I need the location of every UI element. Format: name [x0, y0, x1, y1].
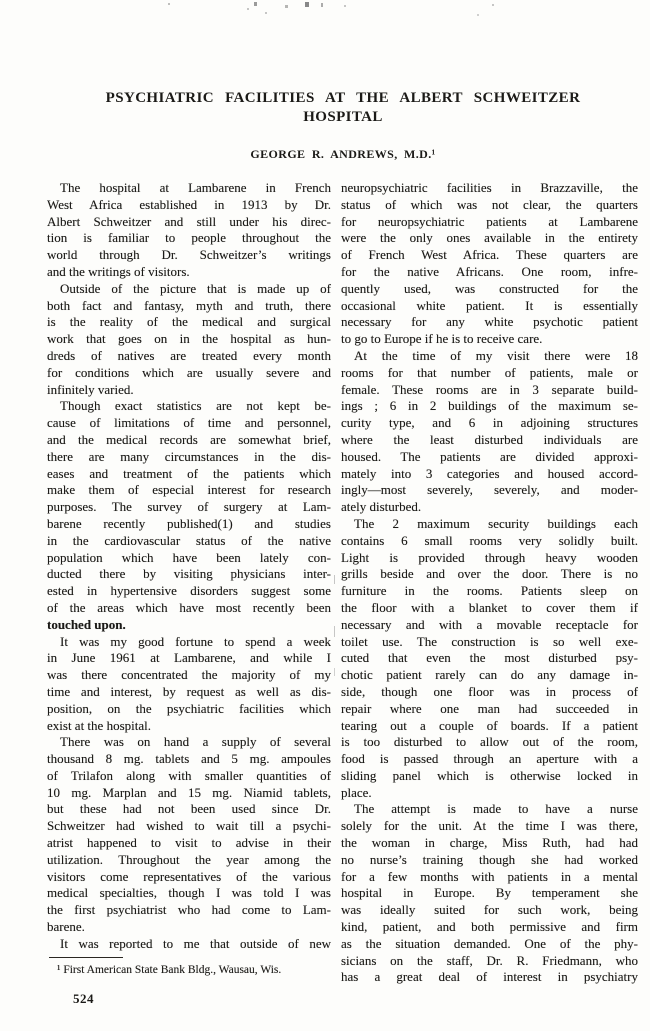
text-line: was ideally suited for such work, being [341, 902, 638, 919]
text-line: ducted there by visiting physicians inte… [47, 566, 331, 583]
paragraph: neuropsychiatric facilities in Brazzavil… [341, 180, 638, 348]
text-line: rooms for that number of patients, male … [341, 365, 638, 382]
text-line: Though exact statistics are not kept be- [47, 398, 331, 415]
scan-artifact [492, 4, 494, 6]
text-line: tearing out a couple of boards. If a pat… [341, 718, 638, 735]
text-line: exist at the hospital. [47, 718, 331, 735]
text-line: solely for the unit. At the time I was t… [341, 818, 638, 835]
text-line: ately disturbed. [341, 499, 638, 516]
scan-artifact [265, 12, 267, 14]
text-line: has a great deal of interest in psychiat… [341, 969, 638, 986]
text-line: cuted that even the most disturbed psy- [341, 650, 638, 667]
text-line: ings ; 6 in 2 buildings of the maximum s… [341, 398, 638, 415]
text-line: cause of limitations of time and personn… [47, 415, 331, 432]
text-line: contains 6 small rooms very solidly buil… [341, 533, 638, 550]
text-line: for neuropsychiatric patients at Lambare… [341, 214, 638, 231]
text-line: Schweitzer had wished to wait till a psy… [47, 818, 331, 835]
text-line: is too disturbed to allow out of the roo… [341, 734, 638, 751]
text-line: repair where one man had succeeded in [341, 701, 638, 718]
text-line: purposes. The survey of surgery at Lam- [47, 499, 331, 516]
scan-artifact [477, 14, 479, 16]
text-line: medical specialties, though I was told I… [47, 885, 331, 902]
text-line: work that goes on in the hospital as hun… [47, 331, 331, 348]
text-line: West Africa established in 1913 by Dr. [47, 197, 331, 214]
text-line: for a few months with patients in a ment… [341, 869, 638, 886]
text-line: eases and treatment of the patients whic… [47, 466, 331, 483]
text-line: for the native Africans. One room, infre… [341, 264, 638, 281]
page-number: 524 [73, 991, 94, 1007]
scan-artifact [285, 5, 288, 8]
article-title-line1: PSYCHIATRIC FACILITIES AT THE ALBERT SCH… [47, 89, 639, 108]
text-line: chotic patient rarely can do any damage … [341, 667, 638, 684]
paragraph: It was reported to me that outside of ne… [47, 936, 331, 953]
text-line: both fact and fantasy, myth and truth, t… [47, 298, 331, 315]
text-line: curity type, and 6 in adjoining structur… [341, 415, 638, 432]
paragraph: It was my good fortune to spend a weekin… [47, 634, 331, 735]
text-line: population which have been lately con- [47, 550, 331, 567]
scan-artifact [254, 2, 257, 6]
article-title-line2: HOSPITAL [47, 108, 639, 127]
article-title: PSYCHIATRIC FACILITIES AT THE ALBERT SCH… [47, 89, 639, 127]
text-line: sliding panel which is otherwise locked … [341, 768, 638, 785]
text-line: to go to Europe if he is to receive care… [341, 331, 638, 348]
scan-artifact [334, 668, 335, 676]
scan-artifact [321, 3, 323, 7]
text-line: hospital in Europe. By temperament she [341, 885, 638, 902]
text-line: It was reported to me that outside of ne… [47, 936, 331, 953]
scan-artifact [334, 575, 335, 584]
paragraph: The attempt is made to have a nursesolel… [341, 801, 638, 986]
text-line: barene. [47, 919, 331, 936]
text-line: At the time of my visit there were 18 [341, 348, 638, 365]
text-line: barene recently published(1) and studies [47, 516, 331, 533]
text-line: and the medical records are somewhat bri… [47, 432, 331, 449]
text-line: atrist happened to visit to advise in th… [47, 835, 331, 852]
text-line: ingly—most severely, severely, and moder… [341, 482, 638, 499]
text-line: as the situation demanded. One of the ph… [341, 936, 638, 953]
text-line: no nurse’s training though she had worke… [341, 852, 638, 869]
paragraph: There was on hand a supply of severaltho… [47, 734, 331, 936]
text-line: tion is familiar to people throughout th… [47, 230, 331, 247]
scan-artifact [168, 3, 170, 5]
text-line: for conditions which are usually severe … [47, 365, 331, 382]
text-line: and the writings of visitors. [47, 264, 331, 281]
text-line: time and interest, by request as well as… [47, 684, 331, 701]
column-right: neuropsychiatric facilities in Brazzavil… [341, 180, 638, 986]
scan-artifact [247, 8, 249, 10]
text-line: grills beside and over the door. There i… [341, 566, 638, 583]
text-line: It was my good fortune to spend a week [47, 634, 331, 651]
article-author: GEORGE R. ANDREWS, M.D.¹ [47, 147, 639, 162]
text-line: the floor with a blanket to cover them i… [341, 600, 638, 617]
text-line: There was on hand a supply of several [47, 734, 331, 751]
text-line: position, on the psychiatric facilities … [47, 701, 331, 718]
text-line: The attempt is made to have a nurse [341, 801, 638, 818]
text-line: status of which was not clear, the quart… [341, 197, 638, 214]
text-line: touched upon. [47, 617, 331, 634]
text-line: is the reality of the medical and surgic… [47, 314, 331, 331]
text-line: was there concentrated the majority of m… [47, 667, 331, 684]
text-line: occasional white patient. It is essentia… [341, 298, 638, 315]
text-line: necessary for any white psychotic patien… [341, 314, 638, 331]
text-line: furniture in the rooms. Patients sleep o… [341, 583, 638, 600]
scan-artifact [305, 2, 309, 7]
text-line: of French West Africa. These quarters ar… [341, 247, 638, 264]
text-line: world through Dr. Schweitzer’s writings [47, 247, 331, 264]
text-line: The 2 maximum security buildings each [341, 516, 638, 533]
footnote-rule [49, 957, 123, 958]
text-line: mately into 3 categories and housed acco… [341, 466, 638, 483]
scan-artifact [334, 626, 335, 637]
text-line: of Trilafon along with smaller quantitie… [47, 768, 331, 785]
text-line: 10 mg. Marplan and 15 mg. Niamid tablets… [47, 785, 331, 802]
text-line: Albert Schweitzer and still under his di… [47, 214, 331, 231]
text-line: make them of especial interest for resea… [47, 482, 331, 499]
text-line: food is passed through an aperture with … [341, 751, 638, 768]
text-line: in June 1961 at Lambarene, and while I [47, 650, 331, 667]
paragraph: At the time of my visit there were 18roo… [341, 348, 638, 516]
text-line: toilet use. The construction is so well … [341, 634, 638, 651]
text-line: female. These rooms are in 3 separate bu… [341, 382, 638, 399]
paragraph: Outside of the picture that is made up o… [47, 281, 331, 399]
text-line: kind, patient, and both permissive and f… [341, 919, 638, 936]
text-line: where the least disturbed individuals ar… [341, 432, 638, 449]
paragraph: Though exact statistics are not kept be-… [47, 398, 331, 633]
text-line: infinitely varied. [47, 382, 331, 399]
paragraph: The 2 maximum security buildings eachcon… [341, 516, 638, 802]
text-line: but these had not been used since Dr. [47, 801, 331, 818]
text-line: of the areas which have most recently be… [47, 600, 331, 617]
text-line: place. [341, 785, 638, 802]
text-line: sicians on the staff, Dr. R. Friedmann, … [341, 953, 638, 970]
text-line: housed. The patients are divided approxi… [341, 449, 638, 466]
text-line: neuropsychiatric facilities in Brazzavil… [341, 180, 638, 197]
text-line: there are many circumstances in the dis- [47, 449, 331, 466]
text-line: were the only ones available in the enti… [341, 230, 638, 247]
scan-artifact [344, 5, 346, 7]
text-line: dreds of natives are treated every month [47, 348, 331, 365]
journal-page: PSYCHIATRIC FACILITIES AT THE ALBERT SCH… [0, 0, 650, 1031]
paragraph: The hospital at Lambarene in FrenchWest … [47, 180, 331, 281]
text-line: thousand 8 mg. tablets and 5 mg. ampoule… [47, 751, 331, 768]
text-line: side, though one floor was in process of [341, 684, 638, 701]
text-line: necessary and with a movable receptacle … [341, 617, 638, 634]
text-line: Light is provided through heavy wooden [341, 550, 638, 567]
text-line: the woman in charge, Miss Ruth, had had [341, 835, 638, 852]
text-line: Outside of the picture that is made up o… [47, 281, 331, 298]
text-line: ested in hypertensive disorders suggest … [47, 583, 331, 600]
text-line: visitors come representatives of the var… [47, 869, 331, 886]
column-left: The hospital at Lambarene in FrenchWest … [47, 180, 331, 953]
text-line: the first psychiatrist who had come to L… [47, 902, 331, 919]
text-line: in the cardiovascular status of the nati… [47, 533, 331, 550]
text-line: The hospital at Lambarene in French [47, 180, 331, 197]
text-line: quently used, was constructed for the [341, 281, 638, 298]
text-line: utilization. Throughout the year among t… [47, 852, 331, 869]
footnote-text: ¹ First American State Bank Bldg., Wausa… [47, 963, 347, 977]
